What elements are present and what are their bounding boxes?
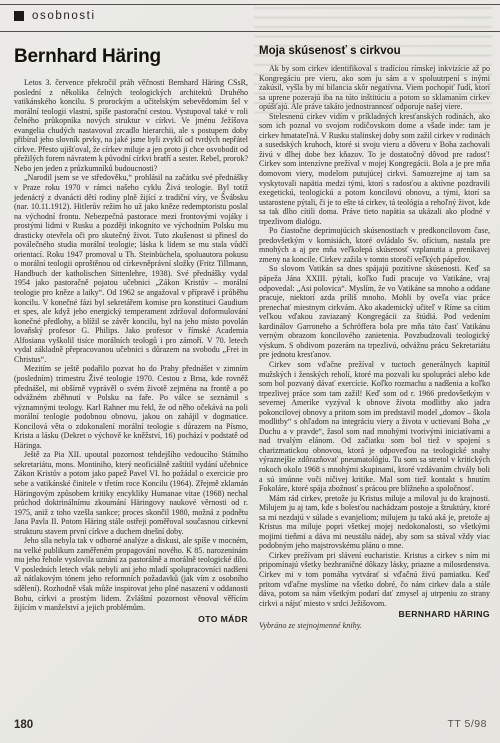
article-subheading: Moja skúsenosť s cirkvou <box>259 45 490 57</box>
author-signature: BERNHARD HÄRING <box>259 609 490 619</box>
left-article-column: Bernhard Häring Letos 3. července překro… <box>14 32 248 630</box>
article-paragraph: Ak by som cirkev identifikoval s tradíci… <box>259 64 490 112</box>
article-paragraph: Mám rád cirkev, pretože ju Kristus miluj… <box>259 494 490 551</box>
article-paragraph: Stelesnenú cirkev vidím v príkladných kr… <box>259 112 490 227</box>
issue-label: TT 5/98 <box>448 718 488 730</box>
right-article-column: Moja skúsenosť s cirkvou Ak by som cirke… <box>259 32 490 630</box>
article-paragraph: Ještě za Pia XII. upoutal pozornost tehd… <box>14 450 248 536</box>
article-title: Bernhard Häring <box>14 46 248 68</box>
article-paragraph: Cirkev prežívam pri slávení eucharistie.… <box>259 551 490 608</box>
article-paragraph: „Narodil jsem se ve středověku,“ prohlás… <box>14 173 248 364</box>
two-column-layout: Bernhard Häring Letos 3. července překro… <box>0 32 500 630</box>
section-label-text: osobnosti <box>32 10 96 22</box>
author-signature: OTO MÁDR <box>14 614 248 624</box>
page-number: 180 <box>14 719 33 731</box>
source-note: Vybráno ze stejnojmenné knihy. <box>259 621 490 630</box>
article-paragraph: Cirkev som vďačne prežíval v tuctoch gen… <box>259 360 490 494</box>
section-square-icon <box>14 11 24 21</box>
section-header: osobnosti <box>0 4 500 32</box>
magazine-page: osobnosti Bernhard Häring Letos 3. červe… <box>0 0 500 743</box>
section-label: osobnosti <box>14 10 486 22</box>
article-paragraph: Letos 3. července překročil práh věčnost… <box>14 78 248 173</box>
article-paragraph: Po čiastočne deprimujúcich skúsenostiach… <box>259 226 490 264</box>
article-paragraph: Jeho síla nebyla tak v odborné analýze a… <box>14 536 248 612</box>
article-paragraph: So slovom Vatikán sa dnes spájajú pozití… <box>259 264 490 359</box>
article-paragraph: Mezitím se ještě podařilo pozvat ho do P… <box>14 364 248 450</box>
